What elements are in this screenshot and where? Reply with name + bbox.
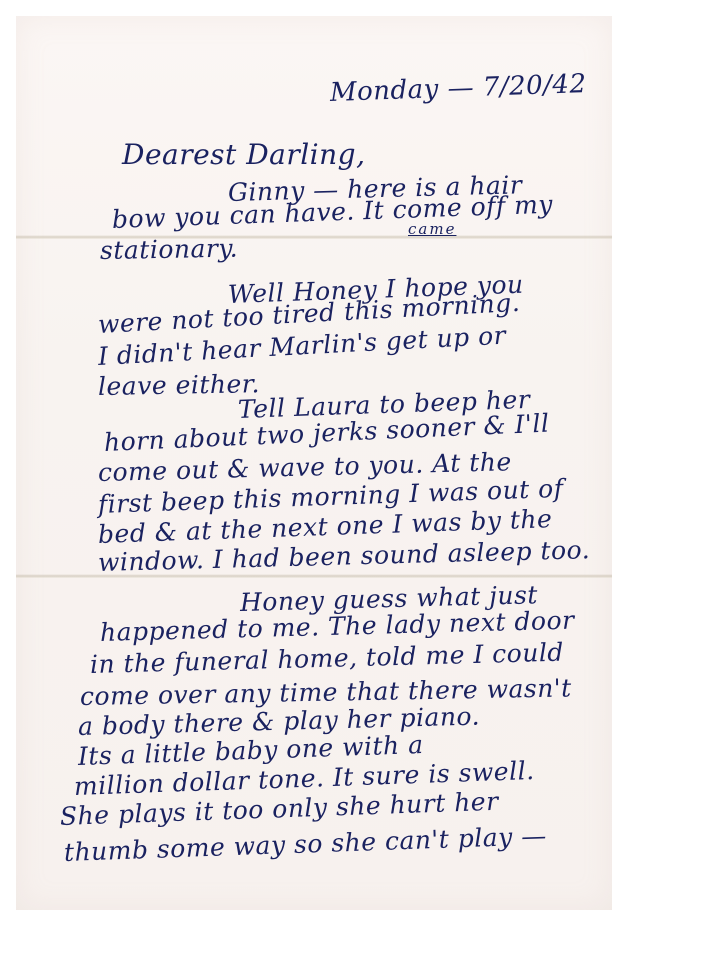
salutation: Dearest Darling,: [122, 138, 365, 171]
letter-line: stationary.: [100, 234, 239, 265]
letter-line: leave either.: [98, 369, 260, 401]
